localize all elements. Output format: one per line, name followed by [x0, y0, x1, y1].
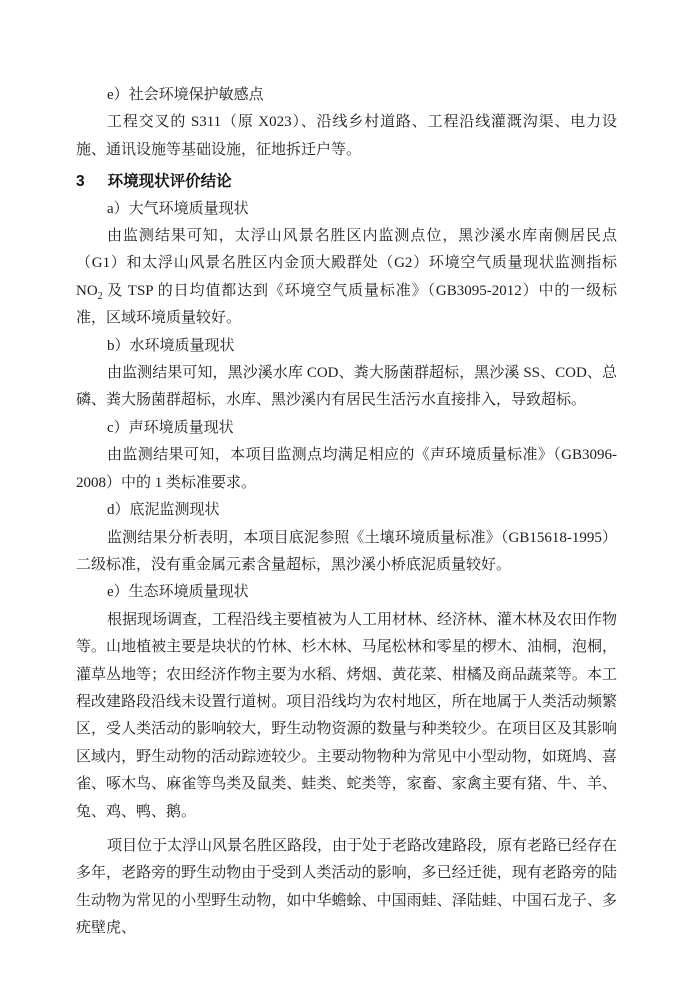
- paragraph-air-quality: 由监测结果可知，太浮山风景名胜区内监测点位，黑沙溪水库南侧居民点（G1）和太浮山…: [76, 223, 617, 333]
- paragraph-ecology-2: 项目位于太浮山风景名胜区路段，由于处于老路改建路段，原有老路已经存在多年，老路旁…: [76, 833, 617, 943]
- heading-noise-quality: c）声环境质量现状: [76, 415, 617, 442]
- paragraph-social-env: 工程交叉的 S311（原 X023）、沿线乡村道路、工程沿线灌溉沟渠、电力设施、…: [76, 109, 617, 164]
- paragraph-ecology-1: 根据现场调查，工程沿线主要植被为人工用材林、经济林、灌木林及农田作物等。山地植被…: [76, 607, 617, 826]
- heading-sediment-monitoring: d）底泥监测现状: [76, 497, 617, 524]
- paragraph-air-quality-part2: 及 TSP 的日均值都达到《环境空气质量标准》（GB3095-2012）中的一级…: [76, 283, 617, 326]
- heading-ecology-quality: e）生态环境质量现状: [76, 579, 617, 606]
- paragraph-water-quality: 由监测结果可知，黑沙溪水库 COD、粪大肠菌群超标，黑沙溪 SS、COD、总磷、…: [76, 360, 617, 415]
- heading-social-env-sensitive-points: e）社会环境保护敏感点: [76, 82, 617, 109]
- section-3-number: 3: [76, 168, 85, 195]
- section-3-heading: 3环境现状评价结论: [76, 168, 617, 195]
- section-3-title: 环境现状评价结论: [108, 173, 232, 190]
- heading-water-quality: b）水环境质量现状: [76, 333, 617, 360]
- document-content: e）社会环境保护敏感点 工程交叉的 S311（原 X023）、沿线乡村道路、工程…: [76, 82, 617, 943]
- paragraph-noise-quality: 由监测结果可知，本项目监测点均满足相应的《声环境质量标准》（GB3096-200…: [76, 442, 617, 497]
- heading-air-quality: a）大气环境质量现状: [76, 196, 617, 223]
- document-page: e）社会环境保护敏感点 工程交叉的 S311（原 X023）、沿线乡村道路、工程…: [0, 0, 700, 989]
- paragraph-sediment-monitoring: 监测结果分析表明，本项目底泥参照《土壤环境质量标准》（GB15618-1995）…: [76, 525, 617, 580]
